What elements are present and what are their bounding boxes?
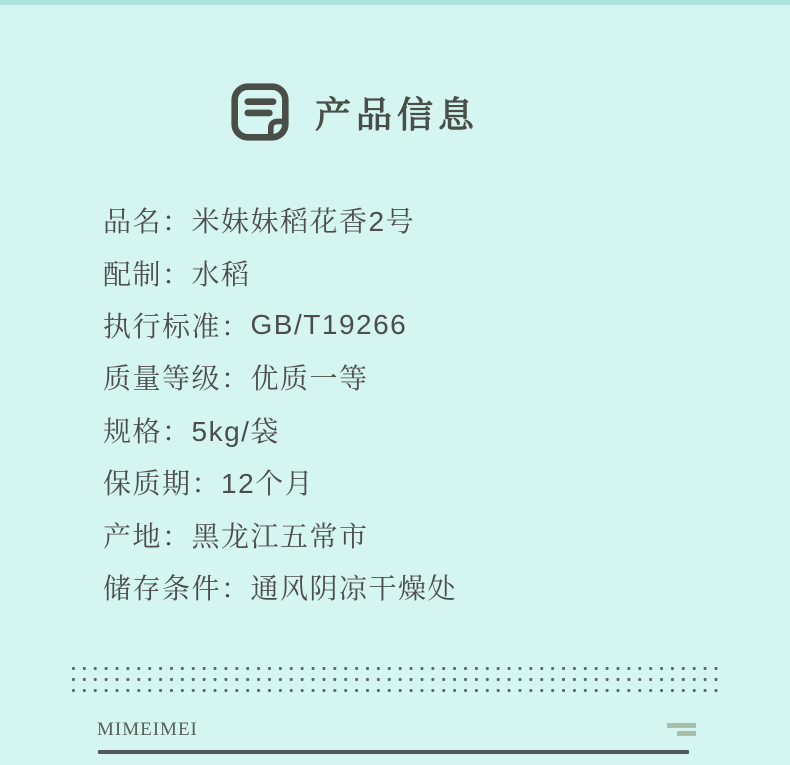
field-label: 执行标准	[103, 305, 221, 345]
field-value: 米妹妹稻花香2号	[192, 200, 416, 240]
page-title: 产品信息	[315, 87, 479, 138]
product-info-row: 保质期：12个月	[103, 456, 743, 508]
field-value: 5kg/袋	[192, 410, 280, 450]
field-label: 产地	[103, 515, 162, 555]
field-label: 储存条件	[103, 567, 221, 607]
field-separator: ：	[162, 515, 192, 555]
field-separator: ：	[162, 200, 192, 240]
field-label: 质量等级	[103, 357, 221, 397]
field-label: 保质期	[103, 462, 192, 502]
product-info-row: 配制：水稻	[103, 246, 743, 298]
field-value: 12个月	[221, 462, 314, 502]
product-info-page: 产品信息 品名：米妹妹稻花香2号 配制：水稻 执行标准：GB/T19266 质量…	[0, 0, 790, 765]
product-info-row: 储存条件：通风阴凉干燥处	[103, 561, 743, 613]
two-bars-logo-icon	[667, 723, 697, 736]
field-value: GB/T19266	[251, 309, 408, 341]
dotted-divider	[68, 663, 721, 696]
bar-top	[667, 723, 696, 728]
field-value: 水稻	[192, 253, 251, 293]
field-separator: ：	[221, 567, 251, 607]
product-info-list: 品名：米妹妹稻花香2号 配制：水稻 执行标准：GB/T19266 质量等级：优质…	[103, 194, 743, 613]
field-value: 黑龙江五常市	[192, 515, 369, 555]
field-separator: ：	[192, 462, 222, 502]
field-value: 通风阴凉干燥处	[251, 567, 458, 607]
header: 产品信息	[0, 82, 749, 142]
note-document-icon	[229, 82, 291, 142]
product-info-row: 品名：米妹妹稻花香2号	[103, 194, 743, 246]
product-info-row: 产地：黑龙江五常市	[103, 508, 743, 560]
field-separator: ：	[221, 305, 251, 345]
field-label: 品名	[103, 200, 162, 240]
field-separator: ：	[162, 253, 192, 293]
field-separator: ：	[221, 357, 251, 397]
field-value: 优质一等	[251, 357, 369, 397]
product-info-row: 执行标准：GB/T19266	[103, 299, 743, 351]
bar-bottom	[677, 731, 696, 736]
footer-rule	[98, 750, 689, 754]
brand-name: MIMEIMEI	[97, 719, 198, 741]
product-info-row: 规格：5kg/袋	[103, 404, 743, 456]
field-label: 配制	[103, 253, 162, 293]
field-separator: ：	[162, 410, 192, 450]
top-strip	[0, 0, 790, 5]
field-label: 规格	[103, 410, 162, 450]
product-info-row: 质量等级：优质一等	[103, 351, 743, 403]
